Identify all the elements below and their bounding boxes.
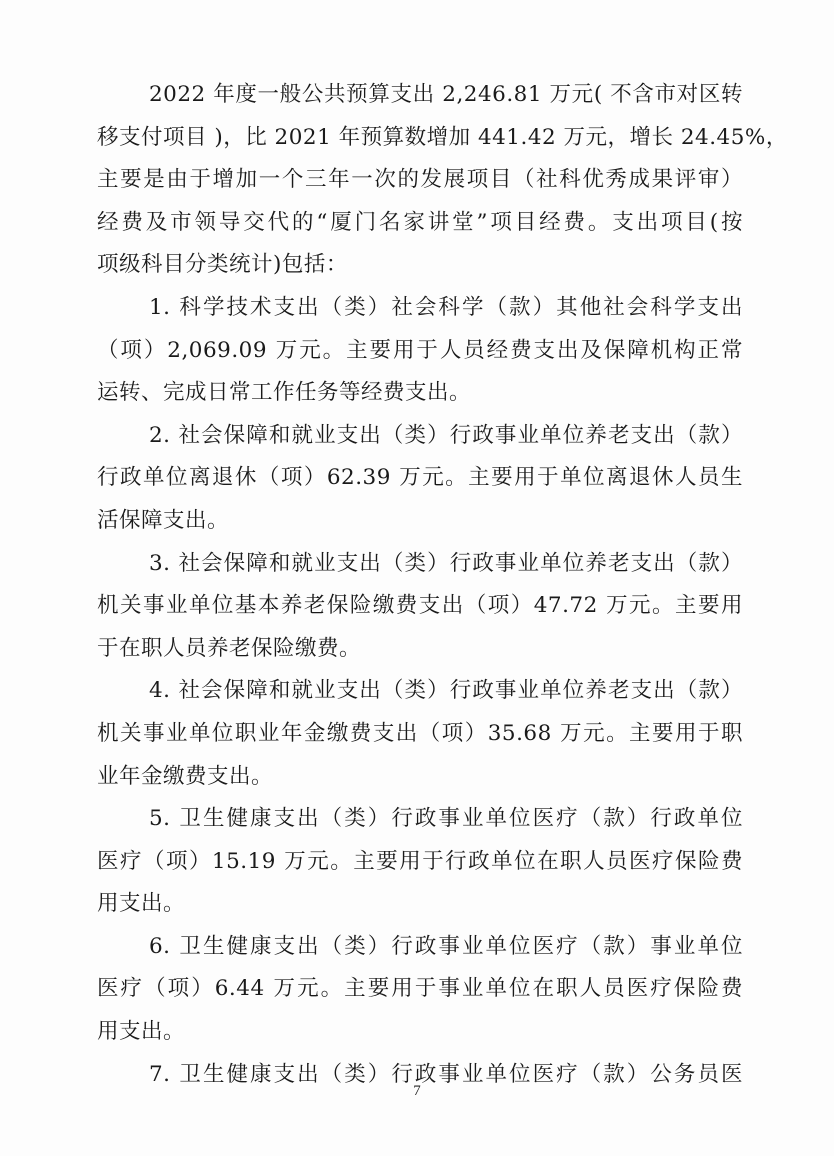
text-line: 移支付项目 )，比 2021 年预算数增加 441.42 万元，增长 24.45…: [97, 117, 743, 160]
text-line: 运转、完成日常工作任务等经费支出。: [97, 372, 743, 415]
paragraph-item-1: 1. 科学技术支出（类）社会科学（款）其他社会科学支出 （项）2,069.09 …: [97, 287, 743, 415]
text-line: 用支出。: [97, 883, 743, 926]
paragraph-item-4: 4. 社会保障和就业支出（类）行政事业单位养老支出（款） 机关事业单位职业年金缴…: [97, 670, 743, 798]
body-text: 2022 年度一般公共预算支出 2,246.81 万元( 不含市对区转 移支付项…: [97, 74, 743, 1096]
paragraph-item-2: 2. 社会保障和就业支出（类）行政事业单位养老支出（款） 行政单位离退休（项）6…: [97, 415, 743, 543]
text-line: 2. 社会保障和就业支出（类）行政事业单位养老支出（款）: [97, 415, 743, 458]
page-number: 7: [0, 1083, 834, 1100]
text-line: 业年金缴费支出。: [97, 756, 743, 799]
text-line: 经费及市领导交代的“厦门名家讲堂”项目经费。支出项目(按: [97, 202, 743, 245]
text-line: 于在职人员养老保险缴费。: [97, 628, 743, 671]
text-line: 项级科目分类统计)包括：: [97, 244, 743, 287]
text-line: 2022 年度一般公共预算支出 2,246.81 万元( 不含市对区转: [97, 74, 743, 117]
text-line: 活保障支出。: [97, 500, 743, 543]
text-line: 用支出。: [97, 1011, 743, 1054]
text-line: 5. 卫生健康支出（类）行政事业单位医疗（款）行政单位: [97, 798, 743, 841]
text-line: 1. 科学技术支出（类）社会科学（款）其他社会科学支出: [97, 287, 743, 330]
document-page: 2022 年度一般公共预算支出 2,246.81 万元( 不含市对区转 移支付项…: [0, 0, 834, 1156]
text-line: 4. 社会保障和就业支出（类）行政事业单位养老支出（款）: [97, 670, 743, 713]
text-line: 6. 卫生健康支出（类）行政事业单位医疗（款）事业单位: [97, 926, 743, 969]
text-line: 医疗（项）15.19 万元。主要用于行政单位在职人员医疗保险费: [97, 841, 743, 884]
text-line: 主要是由于增加一个三年一次的发展项目（社科优秀成果评审）: [97, 159, 743, 202]
text-line: 机关事业单位职业年金缴费支出（项）35.68 万元。主要用于职: [97, 713, 743, 756]
text-line: （项）2,069.09 万元。主要用于人员经费支出及保障机构正常: [97, 330, 743, 373]
paragraph-item-6: 6. 卫生健康支出（类）行政事业单位医疗（款）事业单位 医疗（项）6.44 万元…: [97, 926, 743, 1054]
paragraph-intro: 2022 年度一般公共预算支出 2,246.81 万元( 不含市对区转 移支付项…: [97, 74, 743, 287]
text-line: 3. 社会保障和就业支出（类）行政事业单位养老支出（款）: [97, 543, 743, 586]
text-line: 医疗（项）6.44 万元。主要用于事业单位在职人员医疗保险费: [97, 968, 743, 1011]
text-line: 行政单位离退休（项）62.39 万元。主要用于单位离退休人员生: [97, 457, 743, 500]
text-line: 机关事业单位基本养老保险缴费支出（项）47.72 万元。主要用: [97, 585, 743, 628]
paragraph-item-5: 5. 卫生健康支出（类）行政事业单位医疗（款）行政单位 医疗（项）15.19 万…: [97, 798, 743, 926]
paragraph-item-3: 3. 社会保障和就业支出（类）行政事业单位养老支出（款） 机关事业单位基本养老保…: [97, 543, 743, 671]
